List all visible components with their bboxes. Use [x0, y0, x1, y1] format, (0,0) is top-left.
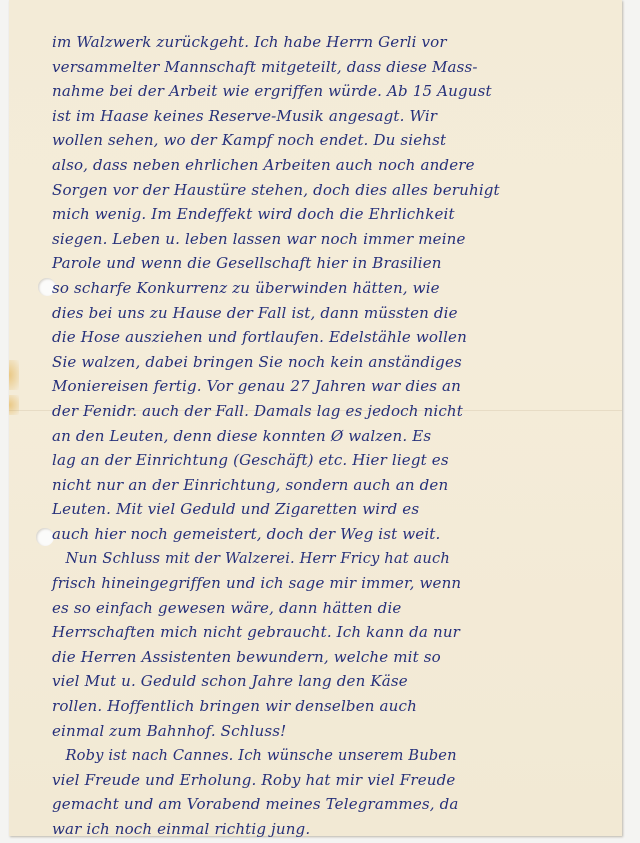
handwritten-line: an den Leuten, denn diese konnten Ø walz… [52, 424, 607, 449]
scan-background: im Walzwerk zurückgeht. Ich habe Herrn G… [0, 0, 640, 843]
handwritten-line: so scharfe Konkurrenz zu überwinden hätt… [52, 276, 607, 301]
handwritten-line: wollen sehen, wo der Kampf noch endet. D… [52, 128, 607, 153]
handwritten-line: der Fenidr. auch der Fall. Damals lag es… [52, 399, 607, 424]
handwritten-line: Sie walzen, dabei bringen Sie noch kein … [52, 350, 607, 375]
handwritten-line: rollen. Hoffentlich bringen wir denselbe… [52, 694, 607, 719]
handwritten-line: Moniereisen fertig. Vor genau 27 Jahren … [52, 374, 607, 399]
handwritten-line: Leuten. Mit viel Geduld und Zigaretten w… [52, 497, 607, 522]
handwritten-line: im Walzwerk zurückgeht. Ich habe Herrn G… [52, 30, 607, 55]
handwritten-line: auch hier noch gemeistert, doch der Weg … [52, 522, 607, 547]
handwritten-line: Nun Schluss mit der Walzerei. Herr Fricy… [52, 546, 592, 571]
paper-stain [9, 360, 19, 390]
paper-stain [9, 395, 19, 415]
handwritten-line: nicht nur an der Einrichtung, sondern au… [52, 473, 607, 498]
handwritten-line: mich wenig. Im Endeffekt wird doch die E… [52, 202, 607, 227]
handwritten-line: also, dass neben ehrlichen Arbeiten auch… [52, 153, 607, 178]
handwritten-line: frisch hineingegriffen und ich sage mir … [52, 571, 607, 596]
handwritten-line: Herrschaften mich nicht gebraucht. Ich k… [52, 620, 607, 645]
handwritten-line: Parole und wenn die Gesellschaft hier in… [52, 251, 607, 276]
handwritten-line: versammelter Mannschaft mitgeteilt, dass… [52, 55, 607, 80]
handwritten-line: war ich noch einmal richtig jung. [52, 817, 607, 842]
handwritten-line: dies bei uns zu Hause der Fall ist, dann… [52, 301, 607, 326]
handwritten-line: viel Freude und Erholung. Roby hat mir v… [52, 768, 607, 793]
handwritten-line: einmal zum Bahnhof. Schluss! [52, 719, 607, 744]
handwritten-line: Sorgen vor der Haustüre stehen, doch die… [52, 178, 607, 203]
handwritten-line: siegen. Leben u. leben lassen war noch i… [52, 227, 607, 252]
handwritten-text-body: im Walzwerk zurückgeht. Ich habe Herrn G… [52, 30, 612, 842]
handwritten-line: Roby ist nach Cannes. Ich wünsche unsere… [52, 743, 592, 768]
handwritten-line: nahme bei der Arbeit wie ergriffen würde… [52, 79, 607, 104]
handwritten-line: viel Mut u. Geduld schon Jahre lang den … [52, 669, 607, 694]
handwritten-line: es so einfach gewesen wäre, dann hätten … [52, 596, 607, 621]
handwritten-line: gemacht und am Vorabend meines Telegramm… [52, 792, 607, 817]
handwritten-line: die Hose ausziehen und fortlaufen. Edels… [52, 325, 607, 350]
handwritten-line: ist im Haase keines Reserve-Musik angesa… [52, 104, 607, 129]
handwritten-line: lag an der Einrichtung (Geschäft) etc. H… [52, 448, 607, 473]
handwritten-line: die Herren Assistenten bewundern, welche… [52, 645, 607, 670]
